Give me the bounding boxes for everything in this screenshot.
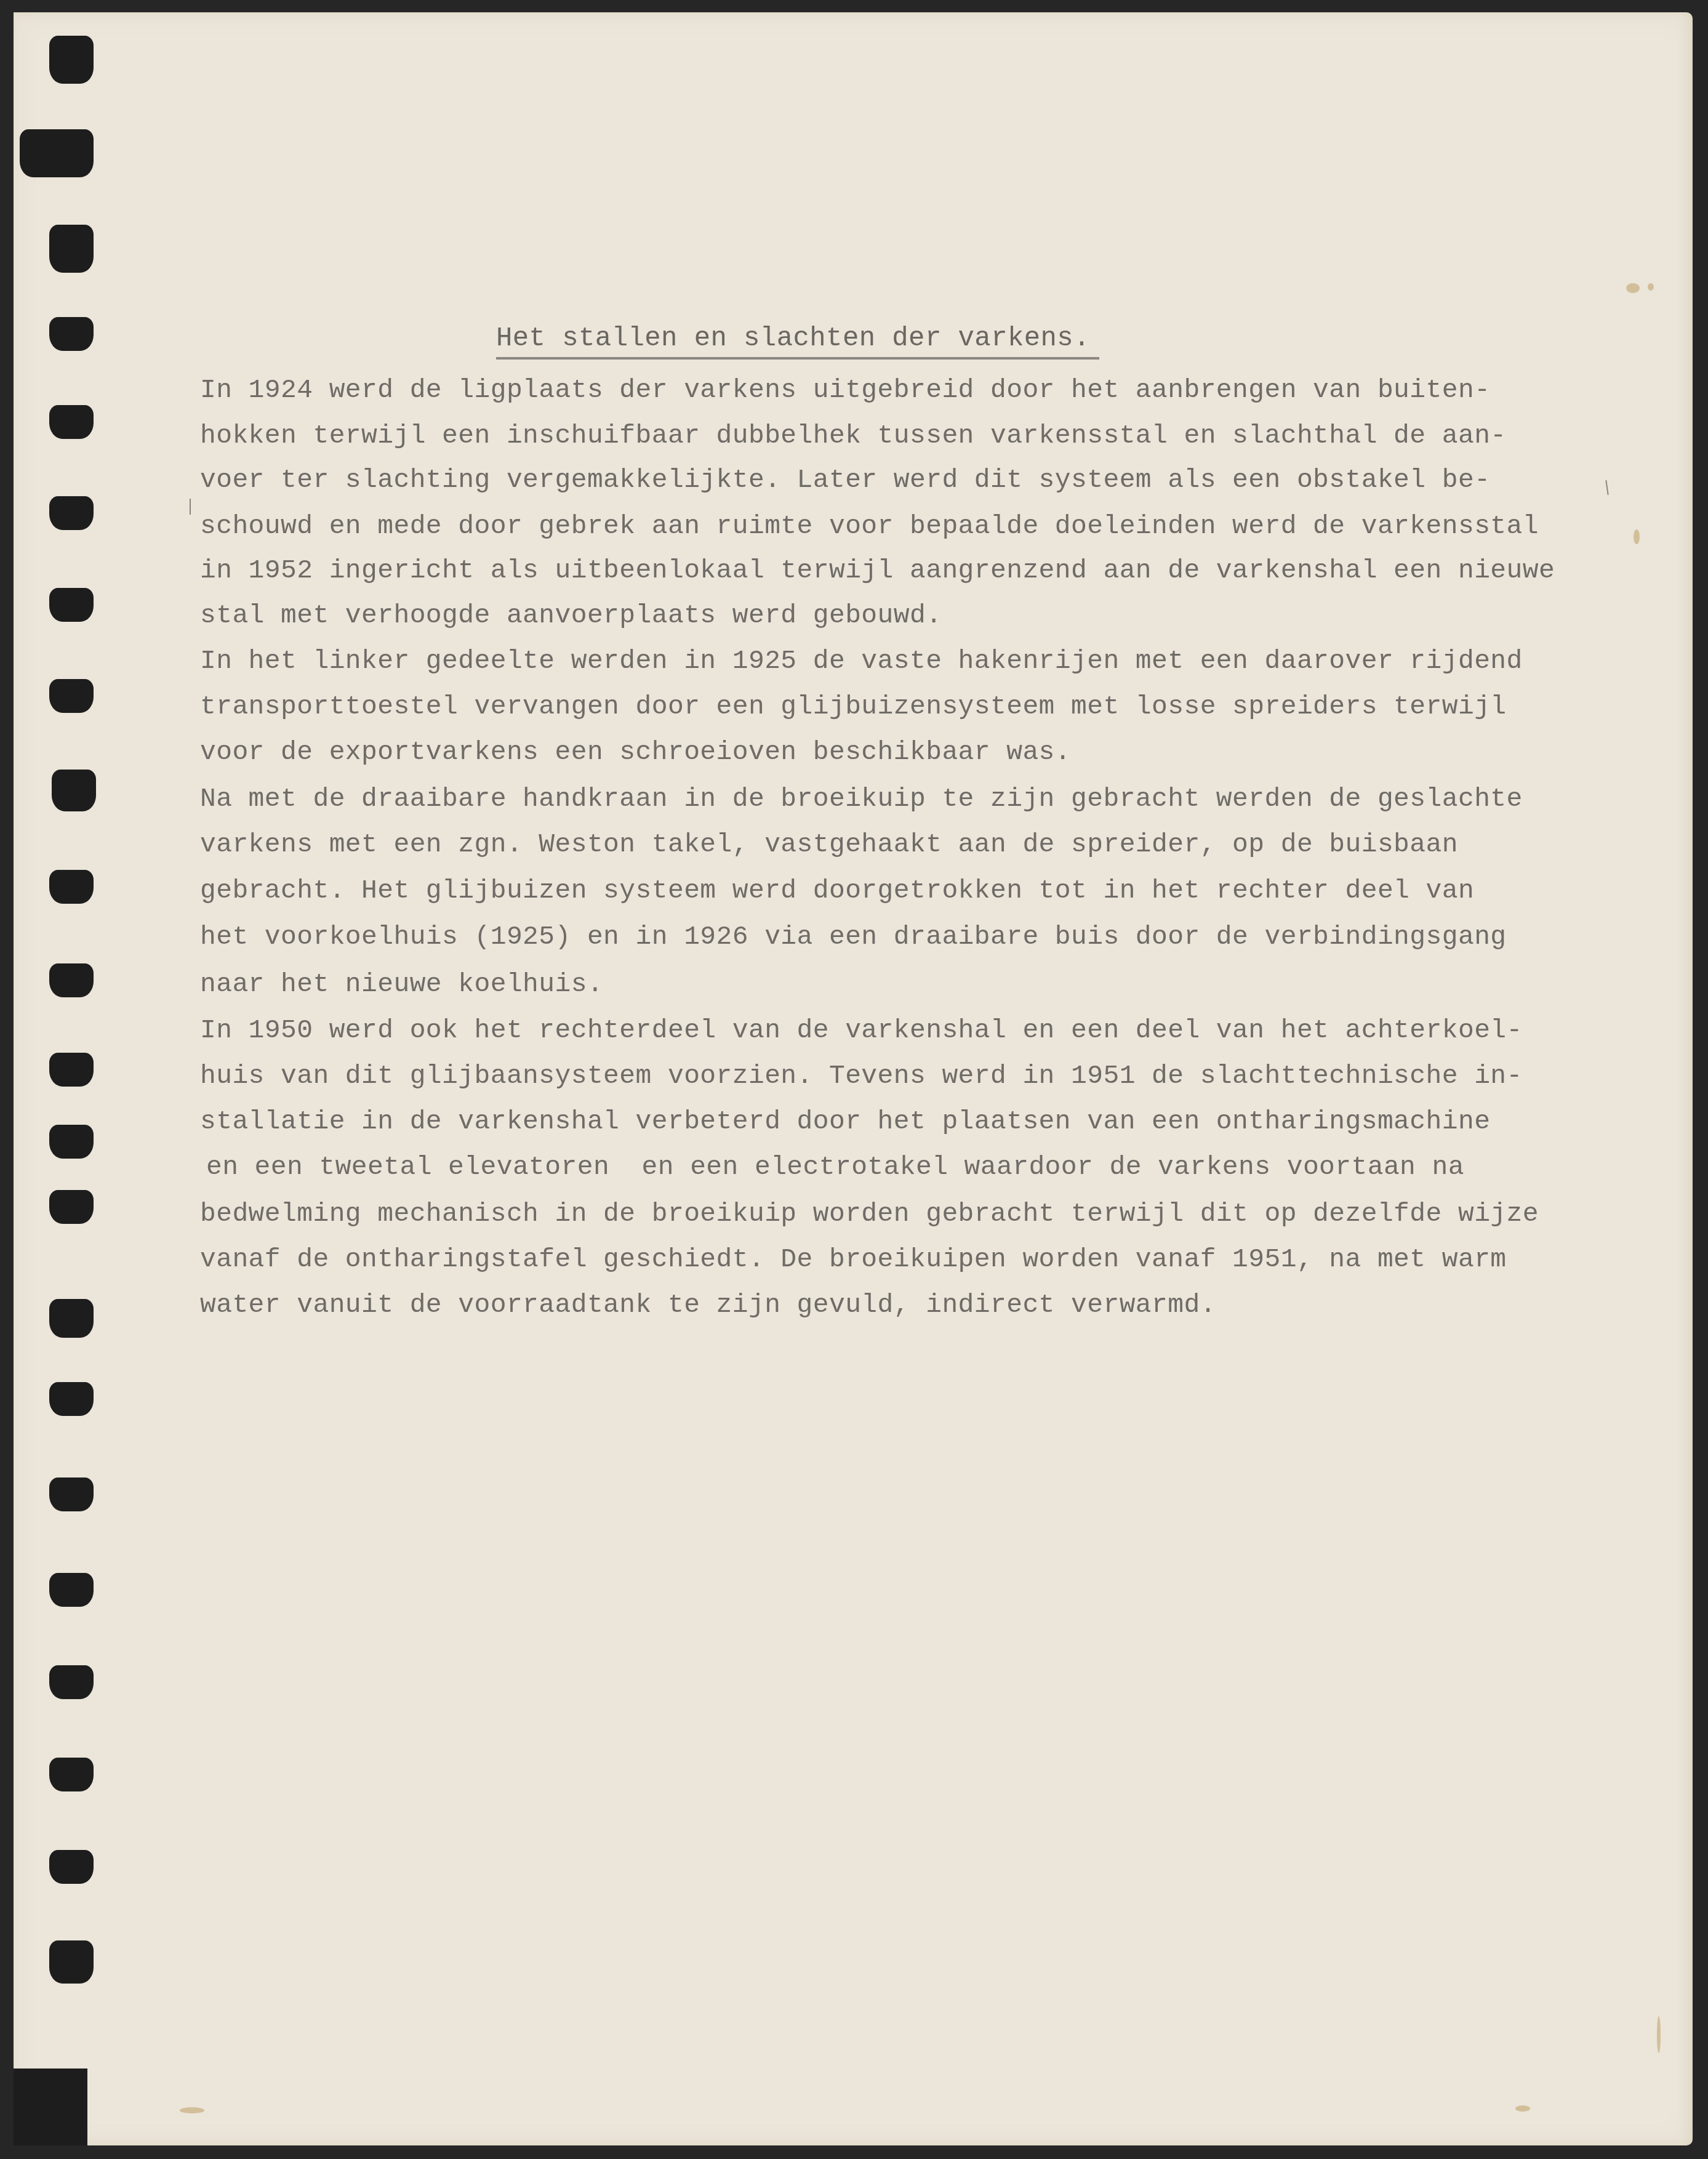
punch-hole: [49, 1665, 94, 1699]
text-line: Na met de draaibare handkraan in de broe…: [200, 786, 1523, 812]
punch-hole: [49, 963, 94, 997]
punch-hole: [49, 317, 94, 351]
text-line: vanaf de ontharingstafel geschiedt. De b…: [200, 1246, 1507, 1272]
text-line: het voorkoelhuis (1925) en in 1926 via e…: [200, 923, 1507, 950]
text-line: en een tweetal elevatoren en een electro…: [206, 1154, 1464, 1180]
text-line: gebracht. Het glijbuizen systeem werd do…: [200, 877, 1474, 904]
punch-hole: [49, 1299, 94, 1338]
text-line: In het linker gedeelte werden in 1925 de…: [200, 648, 1523, 674]
text-line: voor de exportvarkens een schroeioven be…: [200, 739, 1071, 765]
text-line: huis van dit glijbaansysteem voorzien. T…: [200, 1063, 1523, 1089]
punch-hole: [49, 1053, 94, 1087]
punch-hole: [49, 1478, 94, 1511]
paper-stain: [180, 2107, 204, 2113]
document-title: Het stallen en slachten der varkens.: [496, 323, 1090, 354]
punch-hole: [49, 679, 94, 713]
text-line: in 1952 ingericht als uitbeenlokaal terw…: [200, 557, 1555, 584]
punch-hole: [52, 770, 96, 811]
punch-hole: [49, 588, 94, 622]
text-line: hokken terwijl een inschuifbaar dubbelhe…: [200, 422, 1507, 449]
paper-stain: [1515, 2105, 1530, 2112]
punch-hole: [49, 36, 94, 84]
text-line: stal met verhoogde aanvoerplaats werd ge…: [200, 602, 942, 629]
punch-hole: [49, 496, 94, 530]
text-line: water vanuit de voorraadtank te zijn gev…: [200, 1292, 1216, 1318]
punch-hole: [49, 405, 94, 439]
paper-stain: [1657, 2016, 1661, 2053]
title-underline: [496, 357, 1099, 360]
text-line: varkens met een zgn. Weston takel, vastg…: [200, 831, 1458, 858]
punch-hole: [49, 1940, 94, 1984]
text-line: voer ter slachting vergemakkelijkte. Lat…: [200, 467, 1490, 493]
punch-hole: [49, 1758, 94, 1791]
punch-hole: [49, 1573, 94, 1607]
text-line: bedwelming mechanisch in de broeikuip wo…: [200, 1200, 1539, 1227]
punch-hole: [49, 1850, 94, 1884]
text-line: stallatie in de varkenshal verbeterd doo…: [200, 1108, 1490, 1135]
paper-stain: [1648, 283, 1654, 291]
text-line: In 1950 werd ook het rechterdeel van de …: [200, 1017, 1523, 1043]
punch-hole: [20, 129, 94, 177]
punch-hole: [49, 870, 94, 904]
text-line: transporttoestel vervangen door een glij…: [200, 693, 1507, 720]
punch-hole: [49, 1125, 94, 1159]
punch-hole: [49, 225, 94, 273]
punch-hole: [14, 2069, 87, 2145]
text-line: schouwd en mede door gebrek aan ruimte v…: [200, 513, 1539, 539]
paper-stain: [1634, 529, 1640, 544]
punch-hole: [49, 1190, 94, 1224]
paper-stain: [1626, 283, 1640, 293]
text-line: naar het nieuwe koelhuis.: [200, 971, 603, 997]
pencil-mark: [190, 499, 191, 515]
text-line: In 1924 werd de ligplaats der varkens ui…: [200, 377, 1490, 403]
punch-hole: [49, 1382, 94, 1416]
